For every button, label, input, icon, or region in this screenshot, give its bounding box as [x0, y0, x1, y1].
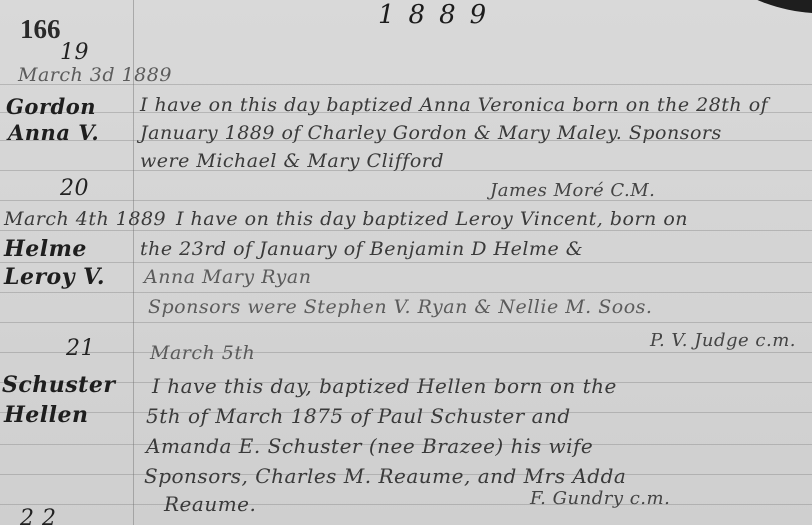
ruled-line	[0, 200, 812, 201]
entry-surname: Helme	[4, 236, 87, 262]
ruled-line	[0, 262, 812, 263]
entry-text-line: I have on this day baptized Anna Veronic…	[140, 94, 768, 116]
entry-text-line: Reaume.	[164, 492, 256, 516]
entry-text-line: I have on this day baptized Leroy Vincen…	[176, 208, 688, 230]
year-header: 1889	[378, 0, 500, 30]
entry-number: 21	[66, 336, 95, 361]
ruled-line	[0, 230, 812, 231]
entry-text-line: Sponsors were Stephen V. Ryan & Nellie M…	[148, 296, 652, 318]
ruled-line	[0, 292, 812, 293]
entry-surname: Schuster	[2, 372, 115, 398]
entry-surname: Gordon	[6, 94, 96, 119]
ruled-line	[0, 352, 812, 353]
entry-text-line: I have this day, baptized Hellen born on…	[152, 374, 617, 398]
entry-text-line: January 1889 of Charley Gordon & Mary Ma…	[140, 122, 722, 144]
entry-date: March 3d 1889	[18, 64, 172, 86]
register-page: 166 1889 19 March 3d 1889 Gordon Anna V.…	[0, 0, 812, 525]
entry-signature: James Moré C.M.	[490, 180, 655, 201]
entry-signature: P. V. Judge c.m.	[650, 330, 796, 351]
entry-text-line: 5th of March 1875 of Paul Schuster and	[146, 404, 571, 428]
entry-given-name: Anna V.	[8, 120, 99, 145]
entry-given-name: Leroy V.	[4, 264, 105, 290]
entry-text-line: Amanda E. Schuster (nee Brazee) his wife	[146, 434, 593, 458]
entry-given-name: Hellen	[4, 402, 89, 428]
entry-date: March 5th	[150, 342, 255, 364]
page-corner-shadow	[729, 0, 812, 22]
ruled-line	[0, 322, 812, 323]
entry-text-line: Sponsors, Charles M. Reaume, and Mrs Add…	[144, 464, 626, 488]
entry-signature: F. Gundry c.m.	[530, 488, 670, 509]
entry-date: March 4th 1889	[4, 208, 166, 230]
entry-text-line: Anna Mary Ryan	[144, 266, 311, 288]
entry-number: 19	[60, 40, 89, 65]
entry-text-line: were Michael & Mary Clifford	[140, 150, 444, 172]
page-number: 166	[20, 14, 61, 45]
entry-number: 22	[20, 506, 64, 525]
ruled-line	[0, 504, 812, 505]
entry-text-line: the 23rd of January of Benjamin D Helme …	[140, 238, 583, 260]
entry-number: 20	[60, 176, 89, 201]
